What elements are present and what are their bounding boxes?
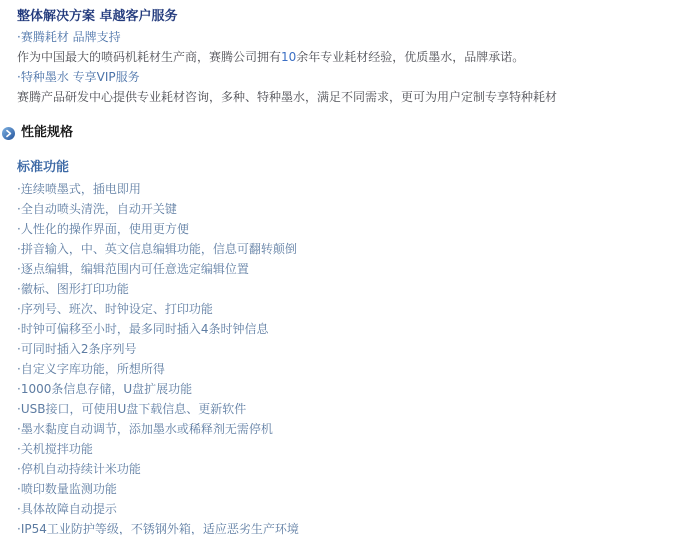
list-item: ·连续喷墨式，插电即用 [17,179,678,199]
feature-description: 赛腾产品研发中心提供专业耗材咨询，多种、特种墨水，满足不同需求，更可为用户定制专… [17,87,678,107]
specs-section-header: 性能规格 [0,125,678,141]
specs-section: 性能规格 标准功能 ·连续喷墨式，插电即用 ·全自动喷头清洗，自动开关键 ·人性… [0,125,678,535]
list-item: ·拼音输入，中、英文信息编辑功能，信息可翻转颠倒 [17,239,678,259]
list-item: ·全自动喷头清洗，自动开关键 [17,199,678,219]
feature-heading: ·赛腾耗材 品牌支持 [17,27,678,47]
solution-title: 整体解决方案 卓越客户服务 [17,7,678,27]
list-item: ·USB接口，可使用U盘下载信息、更新软件 [17,399,678,419]
list-item: ·可同时插入2条序列号 [17,339,678,359]
desc-text-after: 余年专业耗材经验，优质墨水，品牌承诺。 [296,50,524,64]
desc-text-before: 赛腾产品研发中心提供专业耗材咨询，多种、特种墨水，满足不同需求，更可为用户定制专… [17,90,557,104]
list-item: ·关机搅拌功能 [17,439,678,459]
list-item: ·停机自动持续计米功能 [17,459,678,479]
product-detail-page: 整体解决方案 卓越客户服务 ·赛腾耗材 品牌支持 作为中国最大的喷码机耗材生产商… [0,0,678,535]
desc-text-before: 作为中国最大的喷码机耗材生产商，赛腾公司拥有 [17,50,281,64]
list-item: ·IP54工业防护等级，不锈钢外箱，适应恶劣生产环境 [17,519,678,535]
list-item: ·时钟可偏移至小时，最多同时插入4条时钟信息 [17,319,678,339]
list-item: ·徽标、图形打印功能 [17,279,678,299]
standard-functions-title: 标准功能 [17,160,678,176]
standard-functions-list: ·连续喷墨式，插电即用 ·全自动喷头清洗，自动开关键 ·人性化的操作界面，使用更… [0,179,678,535]
list-item: ·1000条信息存储，U盘扩展功能 [17,379,678,399]
feature-block: ·赛腾耗材 品牌支持 作为中国最大的喷码机耗材生产商，赛腾公司拥有10余年专业耗… [17,27,678,67]
list-item: ·具体故障自动提示 [17,499,678,519]
solution-section: 整体解决方案 卓越客户服务 ·赛腾耗材 品牌支持 作为中国最大的喷码机耗材生产商… [0,0,678,107]
specs-title: 性能规格 [21,125,73,141]
list-item: ·序列号、班次、时钟设定、打印功能 [17,299,678,319]
list-item: ·人性化的操作界面，使用更方便 [17,219,678,239]
list-item: ·自定义字库功能，所想所得 [17,359,678,379]
feature-block: ·特种墨水 专享VIP服务 赛腾产品研发中心提供专业耗材咨询，多种、特种墨水，满… [17,67,678,107]
feature-description: 作为中国最大的喷码机耗材生产商，赛腾公司拥有10余年专业耗材经验，优质墨水，品牌… [17,47,678,67]
feature-heading: ·特种墨水 专享VIP服务 [17,67,678,87]
arrow-circle-icon [2,127,15,140]
desc-highlight: 10 [281,50,296,64]
list-item: ·逐点编辑，编辑范围内可任意选定编辑位置 [17,259,678,279]
list-item: ·喷印数量监测功能 [17,479,678,499]
list-item: ·墨水黏度自动调节，添加墨水或稀释剂无需停机 [17,419,678,439]
